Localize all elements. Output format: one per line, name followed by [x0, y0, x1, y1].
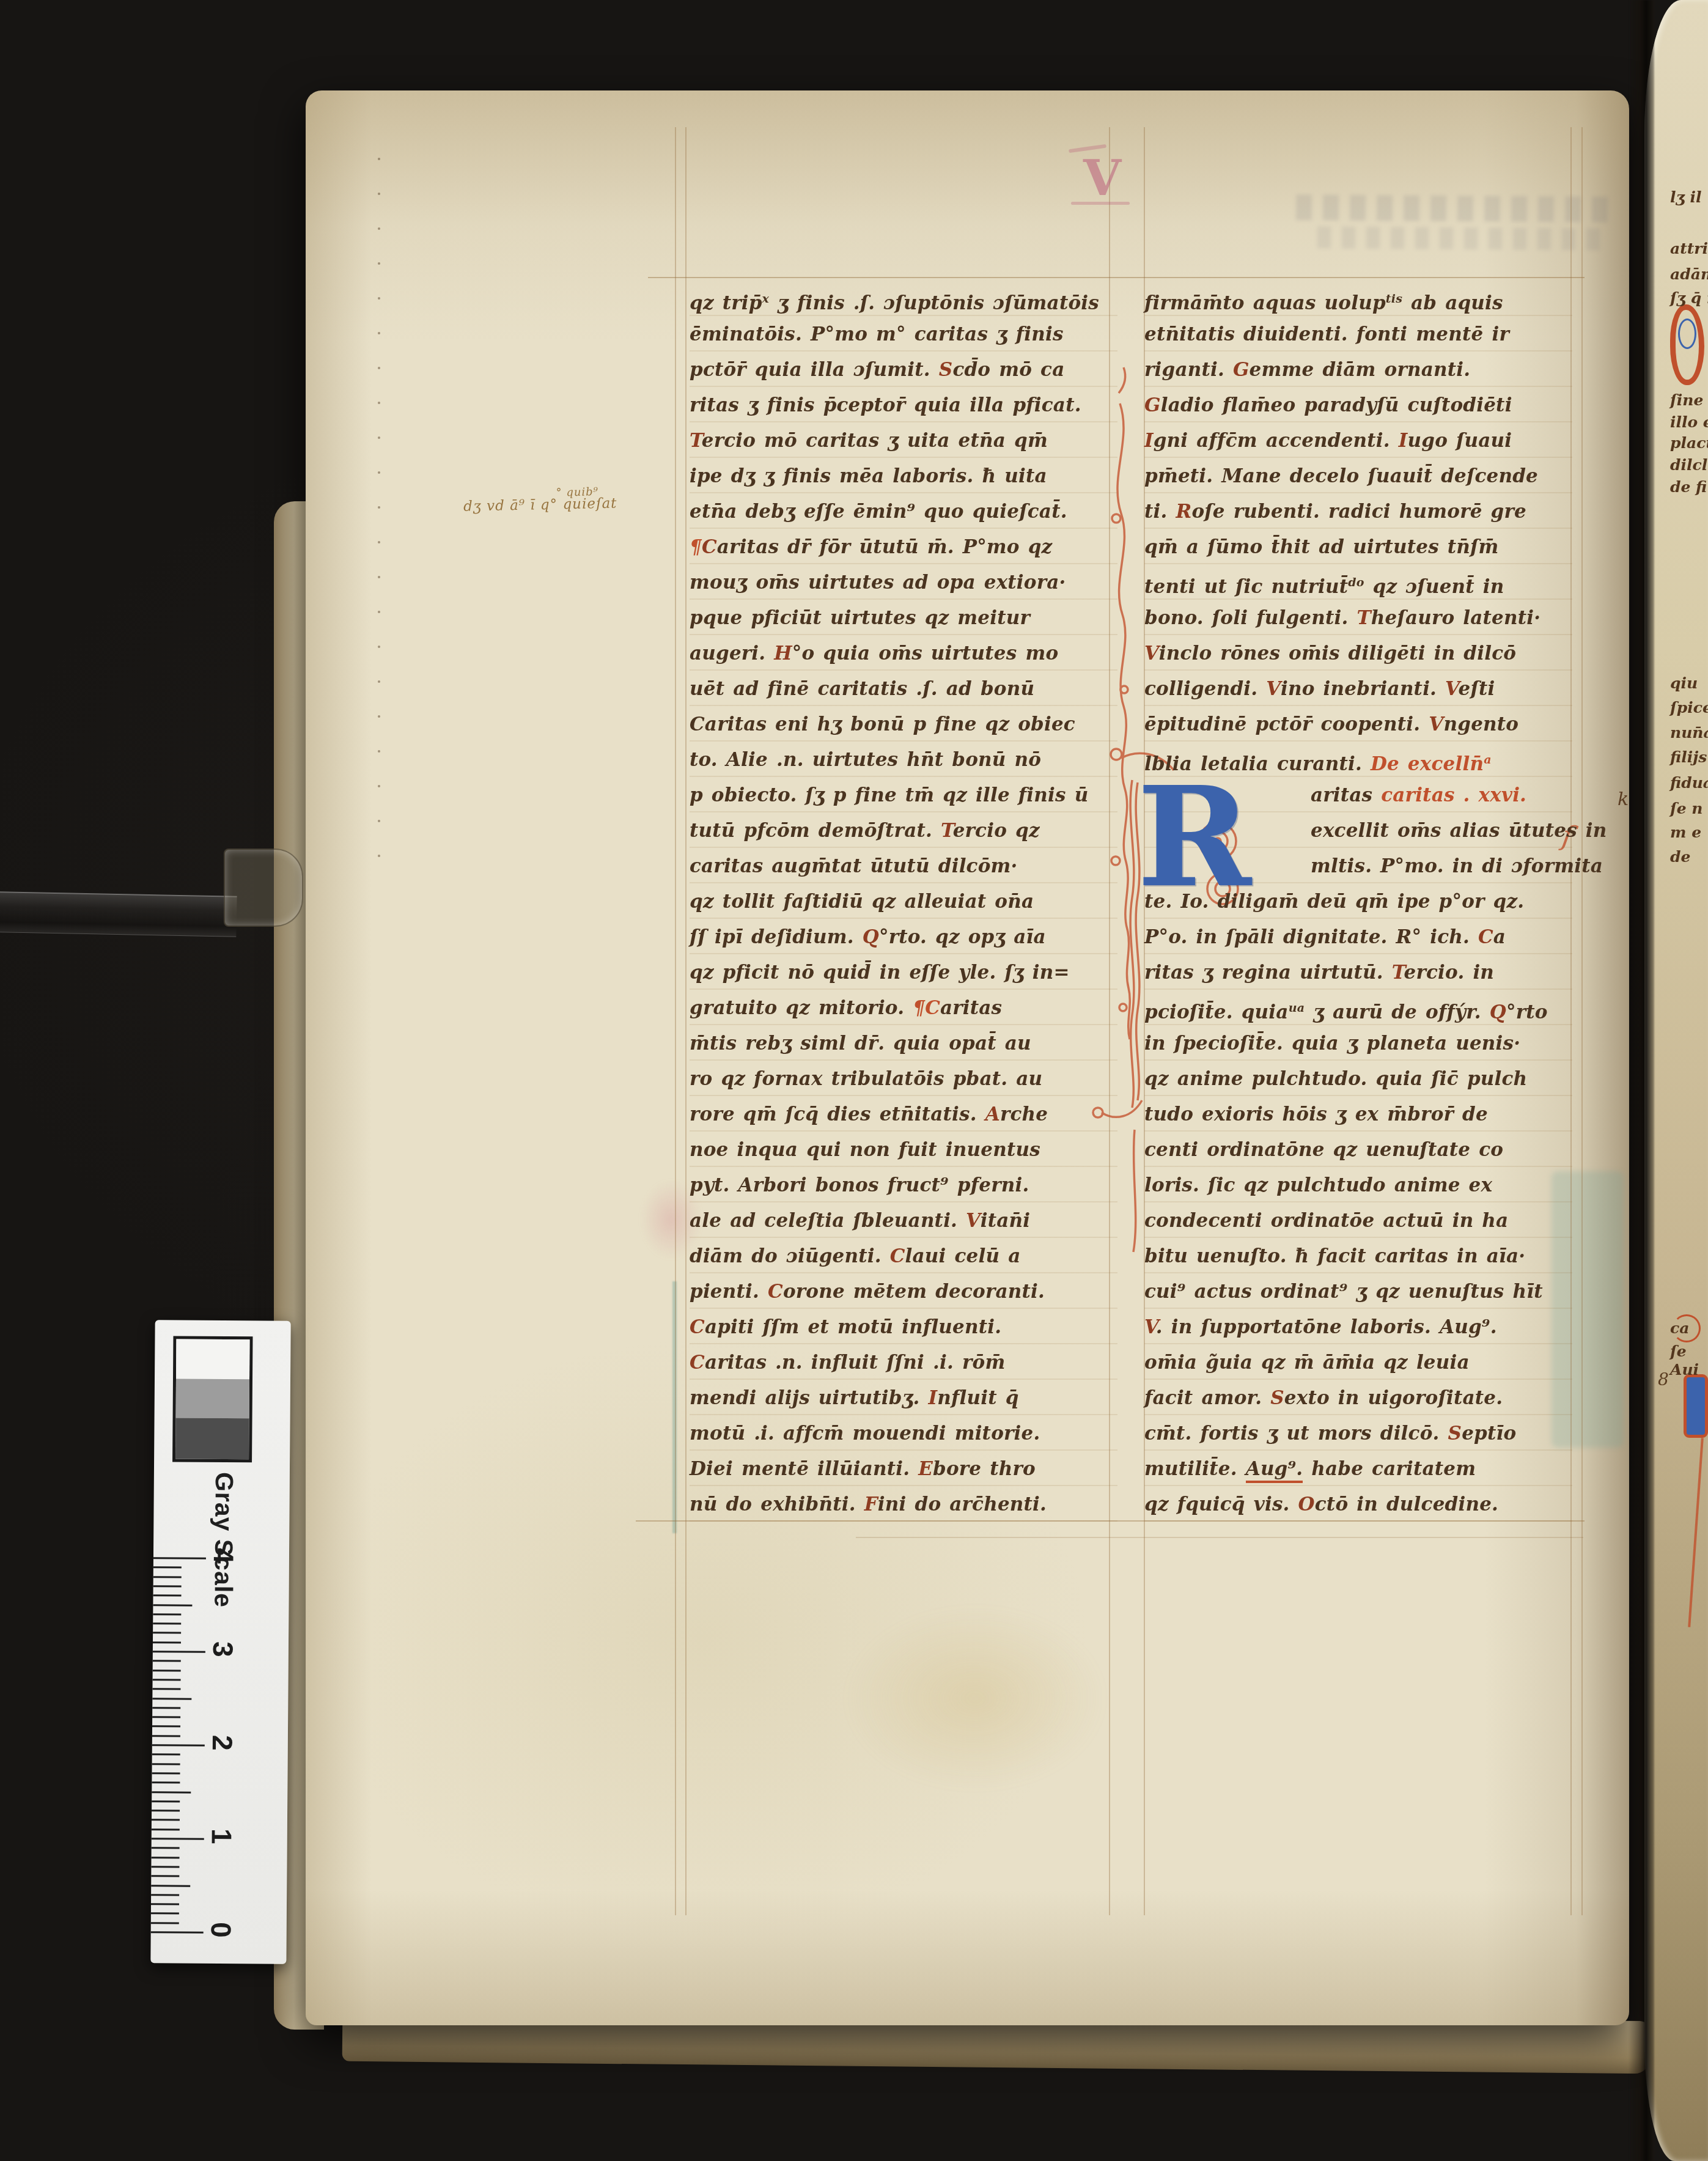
text-line: augeri. H°o quia om̄s uirtutes mo [690, 636, 1117, 671]
body-text: . in ſupportatōne laboris. Aug⁹. [1156, 1316, 1497, 1338]
text-line: ēminatōis. P°mo m° caritas ʒ finis [690, 317, 1117, 352]
ruler-tick [153, 1604, 192, 1606]
text-line: bitu uenuſto. ħ facit caritas in aīa· [1144, 1239, 1572, 1274]
text-line: condecenti ordinatōe actuū in ha [1144, 1203, 1572, 1239]
text-line: ale ad celeſtia ſbleuanti. Vitan̄i [690, 1203, 1117, 1239]
body-text: pm̄eti. Mane decelo ſuauit̄ deſcende [1144, 465, 1538, 487]
facing-text-fragment: plact. G [1670, 434, 1708, 452]
facing-text-fragment: de fi [1670, 478, 1707, 496]
body-text: ctō in dulcedine. [1315, 1493, 1498, 1515]
body-text: C [768, 1281, 783, 1303]
pricking-hole [378, 541, 380, 543]
text-line: m̄tis rebʒ siml dr̄. quia opat̄ au [690, 1026, 1117, 1061]
body-text: bore thro [933, 1458, 1036, 1480]
ruler-tick [153, 1651, 205, 1653]
ruler-tick [151, 1931, 204, 1934]
gutter-numeral: 8 [1658, 1369, 1669, 1390]
body-text: aritas [1311, 784, 1381, 806]
text-line: pienti. Corone mētem decoranti. [690, 1274, 1117, 1309]
pricking-hole [378, 855, 380, 857]
body-text: centi ordinatōne qz uenuſtate co [1144, 1139, 1503, 1161]
body-text: C [702, 536, 717, 558]
text-line: pcioſit̄e. quiaua ʒ aurū de offýr. Q°rto [1144, 990, 1572, 1026]
ruler-tick [152, 1828, 180, 1830]
body-text: loris. ſic qz pulchtudo anime ex [1144, 1174, 1492, 1196]
ruler-tick [152, 1847, 180, 1849]
body-text: cd̄o mō ca [952, 359, 1064, 381]
text-line: ēpitudinē pctōr̄ coopenti. Vngento [1144, 707, 1572, 742]
ruler-tick [153, 1567, 182, 1569]
ruler-number: 4 [210, 1548, 240, 1646]
ruler-tick [152, 1744, 205, 1747]
body-text: V [1429, 713, 1443, 735]
gutter-shadow [1629, 0, 1654, 2161]
text-line: qz anime pulchtudo. quia ſic̄ pulch [1144, 1061, 1572, 1097]
body-text: V [966, 1210, 981, 1232]
body-text: apiti ſſm et motū influenti. [705, 1316, 1001, 1338]
body-text: motū .i. affcm̄ mouendi mitorie. [690, 1423, 1040, 1445]
body-text: C [690, 1316, 705, 1338]
body-text: tis [1386, 292, 1402, 306]
pricking-hole [378, 297, 380, 300]
text-line: ro qz fornax tribulatōis pbat. au [690, 1061, 1117, 1097]
offset-text-ghost [1296, 194, 1614, 223]
body-text: habe caritatem [1303, 1458, 1476, 1480]
text-line: tenti ut ſic nutriut̄do qz ɔſuent̄ in [1144, 565, 1572, 600]
ruler-tick [151, 1894, 179, 1896]
ruler-tick [153, 1613, 181, 1615]
pricking-hole [378, 750, 380, 753]
ruler-tick [152, 1726, 180, 1728]
ruler-tick [152, 1688, 180, 1690]
body-text: °o quia om̄s uirtutes mo [792, 642, 1058, 664]
text-line: Diei mentē illūianti. Ebore thro [690, 1451, 1117, 1487]
body-text: m̄tis rebʒ siml dr̄. quia opat̄ au [690, 1033, 1031, 1055]
body-text: ercio qz [953, 820, 1040, 842]
text-column-right: R firmām̄to aquas uoluptis ab aquisetn̄i… [1144, 281, 1572, 1522]
text-line: ſſ ipī deſidium. Q°rto. qz opʒ aīa [690, 919, 1117, 955]
body-text: qz trip̄ [690, 292, 762, 314]
text-line: nū do exhibn̄ti. Fini do arc̄henti. [690, 1487, 1117, 1522]
ruler-scale: 43210 [155, 1320, 291, 1321]
pricking-hole [378, 611, 380, 613]
text-line: etn̄itatis diuidenti. fonti mentē ir [1144, 317, 1572, 352]
body-text: bono. ſoli fulgenti. [1144, 607, 1356, 629]
pricking-hole [378, 471, 380, 474]
pink-dash [1071, 202, 1130, 205]
body-text: colligendi. [1144, 678, 1266, 700]
pricking-hole [378, 227, 380, 230]
ruler-number: 0 [208, 1922, 238, 2020]
ruler-tick [153, 1594, 182, 1596]
body-text: Q [863, 926, 879, 948]
body-text: om̄ia g̃uia qz m̄ ām̄ia qz leuia [1144, 1352, 1470, 1374]
ruler-tick [152, 1781, 180, 1783]
body-text: V [1144, 1316, 1156, 1338]
body-text: ēminatōis. P°mo m° caritas ʒ finis [690, 323, 1064, 345]
body-text: riganti. [1144, 359, 1233, 381]
body-text: x [762, 292, 770, 306]
pricking-hole [378, 785, 380, 787]
body-text: C [1478, 926, 1493, 948]
ruler-tick [153, 1585, 182, 1587]
facing-text-fragment: qiu [1670, 674, 1698, 692]
margin-letter-k: k [1618, 789, 1629, 810]
body-text: V [1266, 678, 1281, 700]
plastic-strip-tip [224, 849, 303, 927]
facing-text-fragment: ſine reo [1670, 391, 1708, 409]
body-text: qz fquicq̄ vis. [1144, 1493, 1298, 1515]
body-text: ipe dʒ ʒ finis mēa laboris. ħ uita [690, 465, 1047, 487]
body-text: T [1392, 962, 1404, 984]
body-text: aritas dr̄ fōr ūtutū m̄. P°mo qz [717, 536, 1053, 558]
ruler-tick [152, 1857, 180, 1858]
body-text: ladio flam̄eo paradyſū cuſtodiēti [1161, 394, 1512, 416]
facing-initial-penwork [1678, 318, 1696, 349]
text-line: Gladio flam̄eo paradyſū cuſtodiēti [1144, 388, 1572, 423]
ruler-number: 1 [208, 1828, 238, 1926]
body-text: condecenti ordinatōe actuū in ha [1144, 1210, 1508, 1232]
body-text: uēt ad finē caritatis .ſ. ad bonū [690, 678, 1034, 700]
rubric-text: ¶C [913, 997, 940, 1019]
ruling-line [648, 277, 1585, 278]
body-text: E [918, 1458, 933, 1480]
body-text: excellit om̄s alias ūtutes in [1311, 820, 1607, 842]
body-text: tutū pfcōm demōſtrat. [690, 820, 941, 842]
body-text: mendi alijs uirtutibʒ. [690, 1387, 928, 1409]
ruler-tick [151, 1903, 179, 1905]
patch-darkgray [175, 1418, 249, 1459]
text-line: Vinclo rōnes om̄is diligēti in dilcō [1144, 636, 1572, 671]
body-text: ʒ aurū de offýr. [1305, 1001, 1490, 1023]
photograph-stage: V dʒ vd ā⁹ ī q° quieſat ° quib⁹ k ſ [0, 0, 1708, 2161]
body-text: I [928, 1387, 937, 1409]
ruler-tick [152, 1791, 191, 1793]
body-text: ro qz fornax tribulatōis pbat. au [690, 1068, 1042, 1090]
body-text: I [1144, 430, 1154, 452]
text-line: P°o. in ſpāli dignitate. R° ich. Ca [1144, 919, 1572, 955]
body-text: I [1399, 430, 1408, 452]
body-text: pctōr̄ quia illa ɔſumit. [690, 359, 939, 381]
text-line: Caritas .n. influit ſſni .i. rōm̄ [690, 1345, 1117, 1380]
offset-text-ghost [1317, 226, 1611, 250]
text-line: noe inqua qui non fuit inuentus [690, 1132, 1117, 1168]
body-text: cui⁹ actus ordinat⁹ ʒ qz uenuſtus hīt [1144, 1281, 1543, 1303]
pricking-hole [378, 436, 380, 439]
text-line: om̄ia g̃uia qz m̄ ām̄ia qz leuia [1144, 1345, 1572, 1380]
text-line: mouʒ om̄s uirtutes ad opa extiora· [690, 565, 1117, 600]
pricking-hole [378, 506, 380, 509]
facing-text-fragment: de [1670, 848, 1690, 866]
plastic-strip [0, 891, 237, 937]
ruler-tick [152, 1800, 180, 1802]
body-text: to. Alie .n. uirtutes hn̄t bonū nō [690, 749, 1041, 771]
text-line: gratuito qz mitorio. ¶Caritas [690, 990, 1117, 1026]
body-text: mutilit̄e. [1144, 1458, 1246, 1480]
body-text: qz ɔſuent̄ in [1364, 576, 1504, 598]
text-line: Caritas eni hʒ bonū p fine qz obiec [690, 707, 1117, 742]
body-text: Aug⁹. [1246, 1458, 1303, 1483]
body-text: gratuito qz mitorio. [690, 997, 913, 1019]
body-text: ab aquis [1402, 292, 1503, 314]
facing-red-tail [1688, 1438, 1704, 1627]
body-text: diām do ɔiūgenti. [690, 1245, 890, 1267]
pricking-hole [378, 262, 380, 265]
text-line: Tercio mō caritas ʒ uita etn̄a qm̄ [690, 423, 1117, 458]
text-line: centi ordinatōne qz uenuſtate co [1144, 1132, 1572, 1168]
text-line: in ſpecioſit̄e. quia ʒ planeta uenis· [1144, 1026, 1572, 1061]
body-text: rore qm̄ ſcq̄ dies etn̄itatis. [690, 1103, 985, 1125]
text-line: caritas augm̄tat ūtutū dilcōm· [690, 849, 1117, 884]
body-text: eptīo [1462, 1423, 1516, 1445]
body-text: S [939, 359, 953, 381]
body-text: nfluit q̄ [937, 1387, 1018, 1409]
ruler-tick [152, 1763, 180, 1765]
body-text: ngento [1444, 713, 1519, 735]
text-line: qz trip̄x ʒ finis .ſ. ɔſuptōnis ɔſūmatōi… [690, 281, 1117, 317]
body-text: in ſpecioſit̄e. quia ʒ planeta uenis· [1144, 1033, 1520, 1055]
body-text: firmām̄to aquas uolup [1144, 292, 1386, 314]
text-line: motū .i. affcm̄ mouendi mitorie. [690, 1416, 1117, 1451]
text-line: firmām̄to aquas uoluptis ab aquis [1144, 281, 1572, 317]
pricking-hole [378, 576, 380, 578]
ruler-number: 3 [210, 1641, 240, 1739]
body-text: T [941, 820, 953, 842]
rubric-text: caritas . xxvi. [1381, 784, 1526, 806]
facing-text-fragment: m e [1670, 823, 1701, 841]
body-text: S [1270, 1387, 1284, 1409]
text-line: ritas ʒ regina uirtutū. Tercio. in [1144, 955, 1572, 990]
ruler-tick [151, 1866, 179, 1868]
ruler-tick [153, 1670, 181, 1671]
facing-text-fragment: lʒ il [1670, 188, 1701, 206]
body-text: tenti ut ſic nutriut̄ [1144, 576, 1348, 598]
facing-text-fragment: nun̄a [1670, 724, 1708, 742]
body-text: V [1144, 642, 1159, 664]
ruler-tick [152, 1754, 180, 1756]
ruler-tick [153, 1660, 181, 1662]
rubric-text: ¶ [690, 536, 702, 558]
pricking-hole [378, 820, 380, 822]
facing-text-fragment: ſpicer [1670, 699, 1708, 716]
rubric-text: a [1484, 753, 1492, 767]
pricking-hole [378, 193, 380, 195]
facing-blue-initial [1684, 1374, 1708, 1438]
text-line: bono. ſoli fulgenti. Theſauro latenti· [1144, 600, 1572, 636]
facing-text-fragment: dilclti [1670, 456, 1708, 474]
body-text: mltis. P°mo. in di ɔformita [1311, 855, 1603, 877]
rubric-text: De excelln̄ [1371, 753, 1484, 775]
ruler-tick [152, 1698, 191, 1699]
text-line: pm̄eti. Mane decelo ſuauit̄ deſcende [1144, 458, 1572, 494]
ruler-tick [152, 1707, 180, 1709]
body-text: ercio mō caritas ʒ uita etn̄a qm̄ [702, 430, 1048, 452]
text-line: mutilit̄e. Aug⁹. habe caritatem [1144, 1451, 1572, 1487]
body-text: C [690, 1352, 705, 1374]
text-line: facit amor. Sexto in uigoroſitate. [1144, 1380, 1572, 1416]
ruler-tick [152, 1772, 180, 1774]
body-text: ſſ ipī deſidium. [690, 926, 863, 948]
text-line: diām do ɔiūgenti. Claui celū a [690, 1239, 1117, 1274]
ruler-tick [152, 1735, 180, 1737]
facing-red-initial [1670, 304, 1704, 385]
body-text: a [1493, 926, 1506, 948]
ruling-line [1581, 127, 1583, 1915]
body-text: ti. [1144, 501, 1176, 523]
facing-text-fragment: filijs f [1670, 748, 1708, 766]
body-text: ercio. in [1404, 962, 1495, 984]
ruler-tick [152, 1716, 180, 1718]
text-line: ¶Caritas dr̄ fōr ūtutū m̄. P°mo qz [690, 529, 1117, 565]
body-text: S [1448, 1423, 1462, 1445]
body-text: etn̄itatis diuidenti. fonti mentē ir [1144, 323, 1509, 345]
illuminated-initial-R: R [1137, 769, 1251, 907]
body-text: qm̄ a ſūmo t̄hit ad uirtutes tn̄ſm̄ [1144, 536, 1499, 558]
body-text: R [1176, 501, 1191, 523]
ruler-tick [151, 1885, 190, 1887]
body-text: O [1298, 1493, 1315, 1515]
body-text: pienti. [690, 1281, 768, 1303]
text-line: Igni affc̄m accendenti. Iugo ſuaui [1144, 423, 1572, 458]
body-text: emme diām ornanti. [1250, 359, 1471, 381]
body-text: ua [1289, 1001, 1305, 1015]
body-text: pque pficiūt uirtutes qz meitur [690, 607, 1030, 629]
ruler-tick [153, 1679, 181, 1681]
gray-patches [172, 1336, 252, 1462]
body-text: ʒ finis .ſ. ɔſuptōnis ɔſūmatōis [769, 292, 1099, 314]
body-text: P°o. in ſpāli dignitate. R° ich. [1144, 926, 1478, 948]
body-text: orone mētem decoranti. [783, 1281, 1045, 1303]
body-text: Caritas eni hʒ bonū p fine qz obiec [690, 713, 1075, 735]
body-text: tudo exioris hōis ʒ ex m̄bror̄ de [1144, 1103, 1488, 1125]
body-text: Diei mentē illūianti. [690, 1458, 918, 1480]
text-line: ti. Roſe rubenti. radici humorē gre [1144, 494, 1572, 529]
body-text: qz anime pulchtudo. quia ſic̄ pulch [1144, 1068, 1527, 1090]
facing-text-fragment: illo expo [1670, 413, 1708, 431]
text-line: V. in ſupportatōne laboris. Aug⁹. [1144, 1309, 1572, 1345]
text-line: excellit om̄s alias ūtutes in [1311, 813, 1572, 849]
text-column-left: qz trip̄x ʒ finis .ſ. ɔſuptōnis ɔſūmatōi… [690, 281, 1117, 1522]
ruler-tick [151, 1922, 179, 1924]
ruler-tick [151, 1875, 179, 1877]
body-text: caritas augm̄tat ūtutū dilcōm· [690, 855, 1018, 877]
ruler-tick [153, 1622, 181, 1624]
text-line: colligendi. Vino inebrianti. Veſti [1144, 671, 1572, 707]
body-text: heſauro latenti· [1371, 607, 1541, 629]
body-text: p obiecto. ſʒ p fine tm̄ qz ille finis ū [690, 784, 1088, 806]
ruling-line [856, 1537, 1583, 1538]
body-text: °rto. qz opʒ aīa [879, 926, 1046, 948]
facing-text-fragment: attri [1670, 240, 1708, 257]
grayscale-card: Gray Scale 43210 [150, 1320, 290, 1964]
margin-note-superscript: ° quib⁹ [556, 485, 598, 499]
body-text: ini do arc̄henti. [878, 1493, 1047, 1515]
body-text: G [1144, 394, 1161, 416]
body-text: H [774, 642, 792, 664]
facing-text-fragment: ſe [1670, 1342, 1687, 1360]
ruler-number: 2 [209, 1735, 239, 1833]
text-line: pctōr̄ quia illa ɔſumit. Scd̄o mō ca [690, 352, 1117, 388]
body-text: °rto [1506, 1001, 1548, 1023]
body-text: noe inqua qui non fuit inuentus [690, 1139, 1040, 1161]
body-text: exto in uigoroſitate. [1284, 1387, 1503, 1409]
ruler-tick [152, 1809, 180, 1811]
text-line: uēt ad finē caritatis .ſ. ad bonū [690, 671, 1117, 707]
pricking-hole [378, 680, 380, 683]
text-line: tutū pfcōm demōſtrat. Tercio qz [690, 813, 1117, 849]
body-text: qz tollit faſtidiū qz alleuiat on̄a [690, 891, 1034, 913]
body-text: T [690, 430, 702, 452]
ruler-tick [151, 1913, 179, 1915]
body-text: bitu uenuſto. ħ facit caritas in aīa· [1144, 1245, 1525, 1267]
text-line: rore qm̄ ſcq̄ dies etn̄itatis. Arche [690, 1097, 1117, 1132]
text-line: cui⁹ actus ordinat⁹ ʒ qz uenuſtus hīt [1144, 1274, 1572, 1309]
text-line: Capiti ſſm et motū influenti. [690, 1309, 1117, 1345]
pricking-hole [378, 646, 380, 648]
facing-text-fragment: fidua [1670, 774, 1708, 792]
ruler-tick [153, 1557, 206, 1559]
text-line: etn̄a debʒ eſſe ēmin⁹ quo quieſcat̄. [690, 494, 1117, 529]
body-text: cm̄t. fortis ʒ ut mors dilcō. [1144, 1423, 1448, 1445]
facing-text-fragment: adām no [1670, 265, 1708, 283]
quire-mark: V [1083, 149, 1121, 207]
text-line: mltis. P°mo. in di ɔformita [1311, 849, 1572, 884]
body-text: ritas ʒ finis p̄ceptor̄ quia illa pficat… [690, 394, 1081, 416]
parchment-stain [844, 1607, 1106, 1790]
body-text: qz pficit nō quid̄ in eſſe yle. ſʒ in= [690, 962, 1070, 984]
body-text: A [985, 1103, 1000, 1125]
body-text: inclo rōnes om̄is diligēti in dilcō [1159, 642, 1516, 664]
ruler-tick [152, 1838, 204, 1840]
text-line: aritas caritas . xxvi. [1311, 778, 1572, 813]
ruler-tick [153, 1641, 181, 1643]
body-text: ugo ſuaui [1408, 430, 1512, 452]
facing-text-fragment: ſe n [1670, 800, 1703, 817]
pricking-hole [378, 402, 380, 404]
patch-midgray [176, 1379, 249, 1419]
text-line: qz tollit faſtidiū qz alleuiat on̄a [690, 884, 1117, 919]
body-text: gni affc̄m accendenti. [1154, 430, 1399, 452]
ruling-line [675, 127, 676, 1915]
body-text: G [1233, 359, 1250, 381]
margin-note: dʒ vd ā⁹ ī q° quieſat ° quib⁹ [463, 494, 683, 515]
body-text: V [1445, 678, 1458, 700]
body-text: pyt. Arbori bonos fruct⁹ pferni. [690, 1174, 1029, 1196]
body-text: do [1348, 576, 1364, 589]
pricking-hole [378, 715, 380, 718]
text-line: qz fquicq̄ vis. Octō in dulcedine. [1144, 1487, 1572, 1522]
ruling-line [685, 127, 687, 1915]
text-line: mendi alijs uirtutibʒ. Influit q̄ [690, 1380, 1117, 1416]
text-line: cm̄t. fortis ʒ ut mors dilcō. Septīo [1144, 1416, 1572, 1451]
body-text: ritas ʒ regina uirtutū. [1144, 962, 1392, 984]
body-text: augeri. [690, 642, 774, 664]
body-text: ēpitudinē pctōr̄ coopenti. [1144, 713, 1429, 735]
body-text: nū do exhibn̄ti. [690, 1493, 864, 1515]
body-text: aritas .n. influit ſſni .i. rōm̄ [705, 1352, 1006, 1374]
ruler-tick [153, 1632, 181, 1634]
facing-text-fragment: ca [1670, 1319, 1689, 1337]
body-text: F [864, 1493, 878, 1515]
pricking-hole [378, 158, 380, 160]
text-line: qm̄ a ſūmo t̄hit ad uirtutes tn̄ſm̄ [1144, 529, 1572, 565]
patch-white [176, 1339, 249, 1379]
body-text: etn̄a debʒ eſſe ēmin⁹ quo quieſcat̄. [690, 501, 1067, 523]
body-text: oſe rubenti. radici humorē gre [1191, 501, 1526, 523]
facing-text-fragment: Aui [1670, 1361, 1699, 1379]
ruler-tick [152, 1819, 180, 1821]
body-text: eſti [1459, 678, 1495, 700]
